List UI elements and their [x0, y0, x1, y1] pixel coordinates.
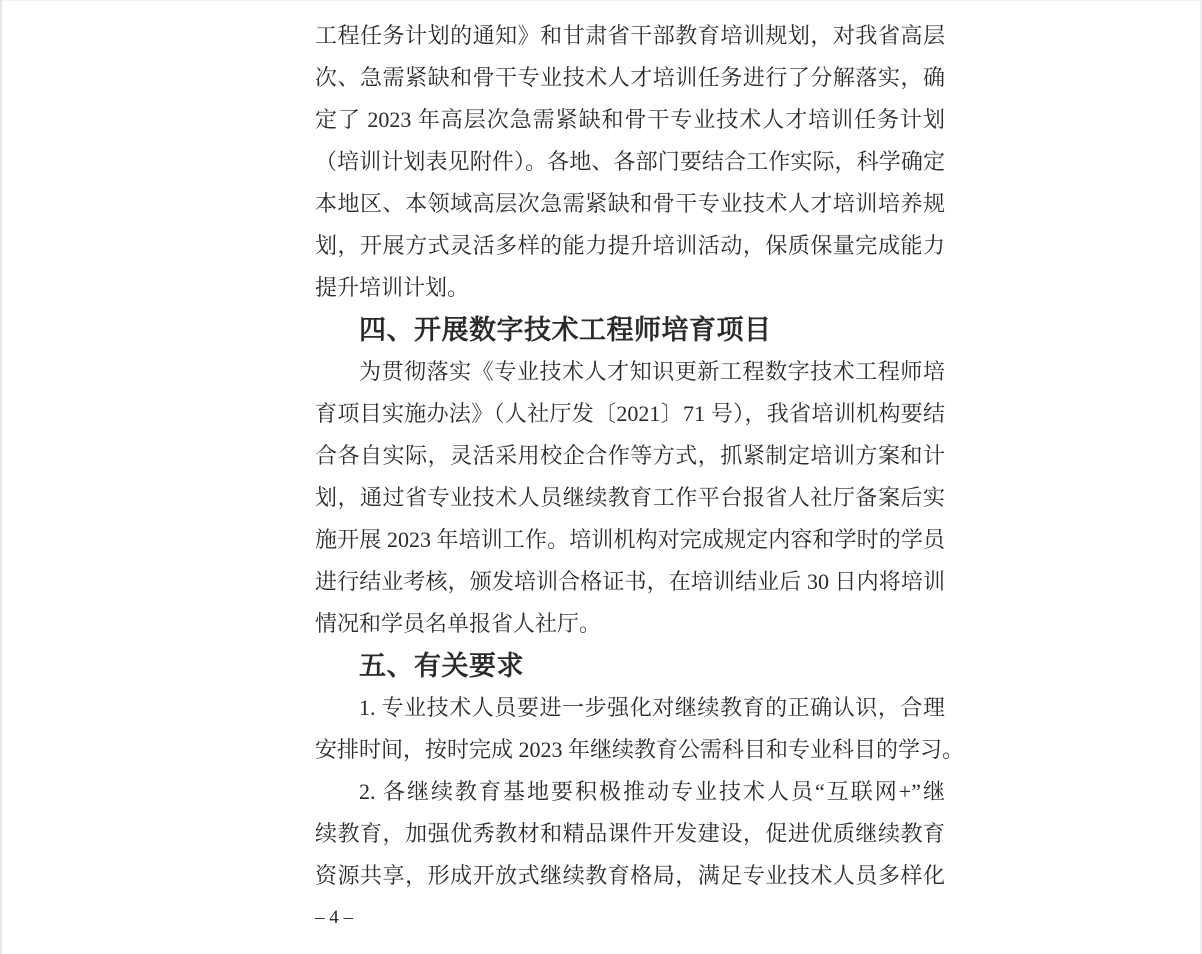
text-line: 提升培训计划。	[315, 267, 945, 309]
text-line: 定了 2023 年高层次急需紧缺和骨干专业技术人才培训任务计划	[315, 99, 945, 141]
text-line: （培训计划表见附件）。各地、各部门要结合工作实际，科学确定	[315, 141, 945, 183]
page-number: – 4 –	[315, 897, 353, 939]
text-line: 施开展 2023 年培训工作。培训机构对完成规定内容和学时的学员	[315, 519, 945, 561]
text-line: 情况和学员名单报省人社厅。	[315, 603, 945, 645]
text-line: 划，通过省专业技术人员继续教育工作平台报省人社厅备案后实	[315, 477, 945, 519]
document-body: 工程任务计划的通知》和甘肃省干部教育培训规划，对我省高层次、急需紧缺和骨干专业技…	[315, 15, 945, 897]
text-line: 次、急需紧缺和骨干专业技术人才培训任务进行了分解落实，确	[315, 57, 945, 99]
text-line: 本地区、本领域高层次急需紧缺和骨干专业技术人才培训培养规	[315, 183, 945, 225]
text-line: 进行结业考核，颁发培训合格证书，在培训结业后 30 日内将培训	[315, 561, 945, 603]
text-line: 划，开展方式灵活多样的能力提升培训活动，保质保量完成能力	[315, 225, 945, 267]
text-line: 2. 各继续教育基地要积极推动专业技术人员“互联网+”继	[315, 771, 945, 813]
text-line: 合各自实际，灵活采用校企合作等方式，抓紧制定培训方案和计	[315, 435, 945, 477]
document-page: 工程任务计划的通知》和甘肃省干部教育培训规划，对我省高层次、急需紧缺和骨干专业技…	[0, 0, 1202, 954]
section-heading: 四、开展数字技术工程师培育项目	[315, 309, 945, 351]
page-top-edge	[0, 0, 1202, 1]
page-left-edge	[0, 0, 2, 954]
text-line: 续教育，加强优秀教材和精品课件开发建设，促进优质继续教育	[315, 813, 945, 855]
text-line: 安排时间，按时完成 2023 年继续教育公需科目和专业科目的学习。	[315, 729, 945, 771]
text-line: 1. 专业技术人员要进一步强化对继续教育的正确认识，合理	[315, 687, 945, 729]
text-line: 工程任务计划的通知》和甘肃省干部教育培训规划，对我省高层	[315, 15, 945, 57]
text-line: 资源共享，形成开放式继续教育格局，满足专业技术人员多样化	[315, 855, 945, 897]
text-line: 为贯彻落实《专业技术人才知识更新工程数字技术工程师培	[315, 351, 945, 393]
text-line: 育项目实施办法》（人社厅发〔2021〕71 号），我省培训机构要结	[315, 393, 945, 435]
section-heading: 五、有关要求	[315, 645, 945, 687]
